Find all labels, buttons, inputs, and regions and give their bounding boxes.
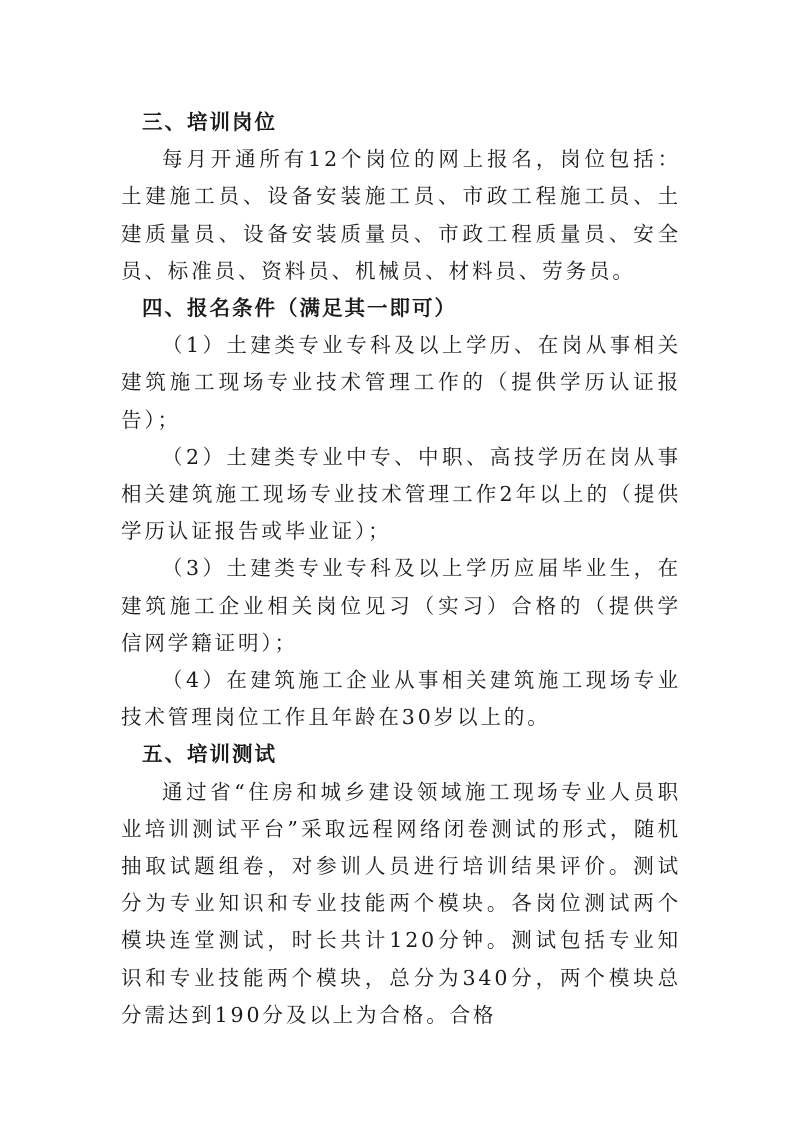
- section-heading: 三、培训岗位: [121, 104, 681, 141]
- section-heading: 五、培训测试: [121, 736, 681, 773]
- section-training-test: 五、培训测试 通过省“住房和城乡建设领域施工现场专业人员职业培训测试平台”采取远…: [121, 736, 681, 1034]
- section-heading: 四、报名条件（满足其一即可）: [121, 290, 681, 327]
- section-training-positions: 三、培训岗位 每月开通所有12个岗位的网上报名，岗位包括：土建施工员、设备安装施…: [121, 104, 681, 290]
- section-registration-conditions: 四、报名条件（满足其一即可） （1）土建类专业专科及以上学历、在岗从事相关建筑施…: [121, 290, 681, 736]
- condition-item: （3）土建类专业专科及以上学历应届毕业生，在建筑施工企业相关岗位见习（实习）合格…: [121, 550, 681, 662]
- condition-item: （2）土建类专业中专、中职、高技学历在岗从事相关建筑施工现场专业技术管理工作2年…: [121, 439, 681, 551]
- paragraph: 通过省“住房和城乡建设领域施工现场专业人员职业培训测试平台”采取远程网络闭卷测试…: [121, 774, 681, 1034]
- paragraph: 每月开通所有12个岗位的网上报名，岗位包括：土建施工员、设备安装施工员、市政工程…: [121, 141, 681, 290]
- condition-item: （4）在建筑施工企业从事相关建筑施工现场专业技术管理岗位工作且年龄在30岁以上的…: [121, 662, 681, 736]
- document-page: 三、培训岗位 每月开通所有12个岗位的网上报名，岗位包括：土建施工员、设备安装施…: [121, 104, 681, 1034]
- condition-item: （1）土建类专业专科及以上学历、在岗从事相关建筑施工现场专业技术管理工作的（提供…: [121, 327, 681, 439]
